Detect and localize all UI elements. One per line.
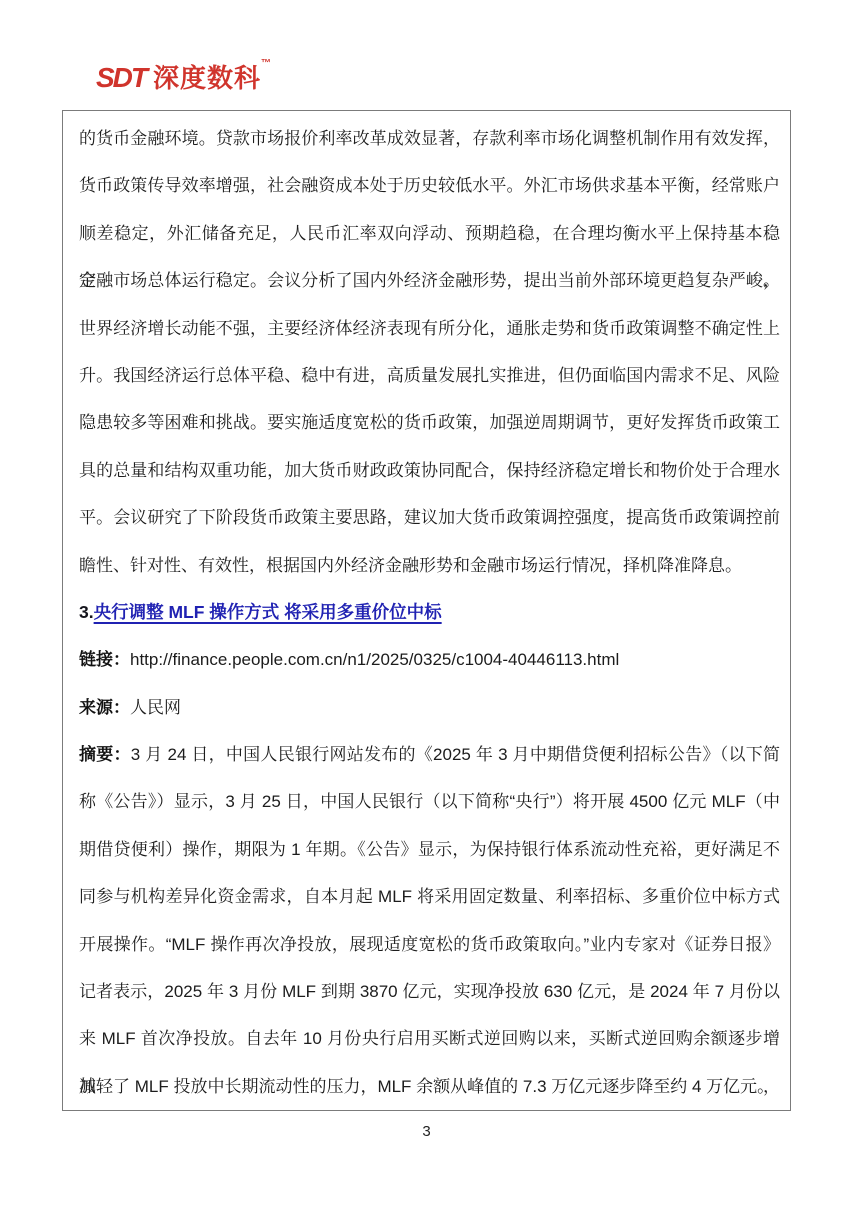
body-text-line: 世界经济增长动能不强，主要经济体经济表现有所分化，通胀走势和货币政策调整不确定性… <box>79 305 780 352</box>
summary-text-line: 记者表示，2025 年 3 月份 MLF 到期 3870 亿元，实现净投放 63… <box>79 968 780 1015</box>
page-number: 3 <box>62 1120 791 1144</box>
document-page: SDT深度数科™ 的货币金融环境。贷款市场报价利率改革成效显著，存款利率市场化调… <box>0 0 864 1223</box>
logo-sdt-mark: SDT <box>96 62 146 93</box>
body-text-line: 顺差稳定，外汇储备充足，人民币汇率双向浮动、预期趋稳，在合理均衡水平上保持基本稳… <box>79 210 780 257</box>
body-text-line: 具的总量和结构双重功能，加大货币财政政策协同配合，保持经济稳定增长和物价处于合理… <box>79 447 780 494</box>
summary-label: 摘要： <box>79 745 131 764</box>
body-text-line: 的货币金融环境。贷款市场报价利率改革成效显著，存款利率市场化调整机制作用有效发挥… <box>79 115 780 162</box>
summary-text-line: 称《公告》）显示，3 月 25 日，中国人民银行（以下简称“央行”）将开展 45… <box>79 778 780 825</box>
source-value: 人民网 <box>130 698 181 717</box>
trademark-icon: ™ <box>261 58 271 69</box>
link-label: 链接： <box>79 650 130 669</box>
summary-text-line: 期借贷便利）操作，期限为 1 年期。《公告》显示，为保持银行体系流动性充裕，更好… <box>79 826 780 873</box>
article-url[interactable]: http://finance.people.com.cn/n1/2025/032… <box>130 650 619 669</box>
logo-company-name: 深度数科 <box>153 63 261 93</box>
source-label: 来源： <box>79 698 130 717</box>
article-heading-number: 3. <box>79 602 94 622</box>
summary-text-line: 同参与机构差异化资金需求，自本月起 MLF 将采用固定数量、利率招标、多重价位中… <box>79 873 780 920</box>
body-text-line: 瞻性、针对性、有效性，根据国内外经济金融形势和金融市场运行情况，择机降准降息。 <box>79 542 780 589</box>
article-heading: 3.央行调整 MLF 操作方式 将采用多重价位中标 <box>79 589 780 636</box>
body-text-line: 升。我国经济运行总体平稳、稳中有进，高质量发展扎实推进，但仍面临国内需求不足、风… <box>79 352 780 399</box>
article-source-row: 来源：人民网 <box>79 684 780 731</box>
summary-text-line: 3 月 24 日，中国人民银行网站发布的《2025 年 3 月中期借贷便利招标公… <box>131 745 780 764</box>
body-text-line: 货币政策传导效率增强，社会融资成本处于历史较低水平。外汇市场供求基本平衡，经常账… <box>79 162 780 209</box>
summary-text-line: 来 MLF 首次净投放。自去年 10 月份央行启用买断式逆回购以来，买断式逆回购… <box>79 1015 780 1062</box>
summary-line: 摘要：3 月 24 日，中国人民银行网站发布的《2025 年 3 月中期借贷便利… <box>79 731 780 778</box>
article-link-row: 链接：http://finance.people.com.cn/n1/2025/… <box>79 636 780 683</box>
summary-text-line: 开展操作。“MLF 操作再次净投放，展现适度宽松的货币政策取向。”业内专家对《证… <box>79 921 780 968</box>
company-logo: SDT深度数科™ <box>96 58 271 95</box>
body-text-line: 隐患较多等困难和挑战。要实施适度宽松的货币政策，加强逆周期调节，更好发挥货币政策… <box>79 399 780 446</box>
summary-text-line: 减轻了 MLF 投放中长期流动性的压力，MLF 余额从峰值的 7.3 万亿元逐步… <box>79 1063 780 1110</box>
body-text-line: 平。会议研究了下阶段货币政策主要思路，建议加大货币政策调控强度，提高货币政策调控… <box>79 494 780 541</box>
body-text-line: 金融市场总体运行稳定。会议分析了国内外经济金融形势，提出当前外部环境更趋复杂严峻… <box>79 257 780 304</box>
article-title-link[interactable]: 央行调整 MLF 操作方式 将采用多重价位中标 <box>94 602 442 622</box>
content-border-box: 的货币金融环境。贷款市场报价利率改革成效显著，存款利率市场化调整机制作用有效发挥… <box>62 110 791 1111</box>
